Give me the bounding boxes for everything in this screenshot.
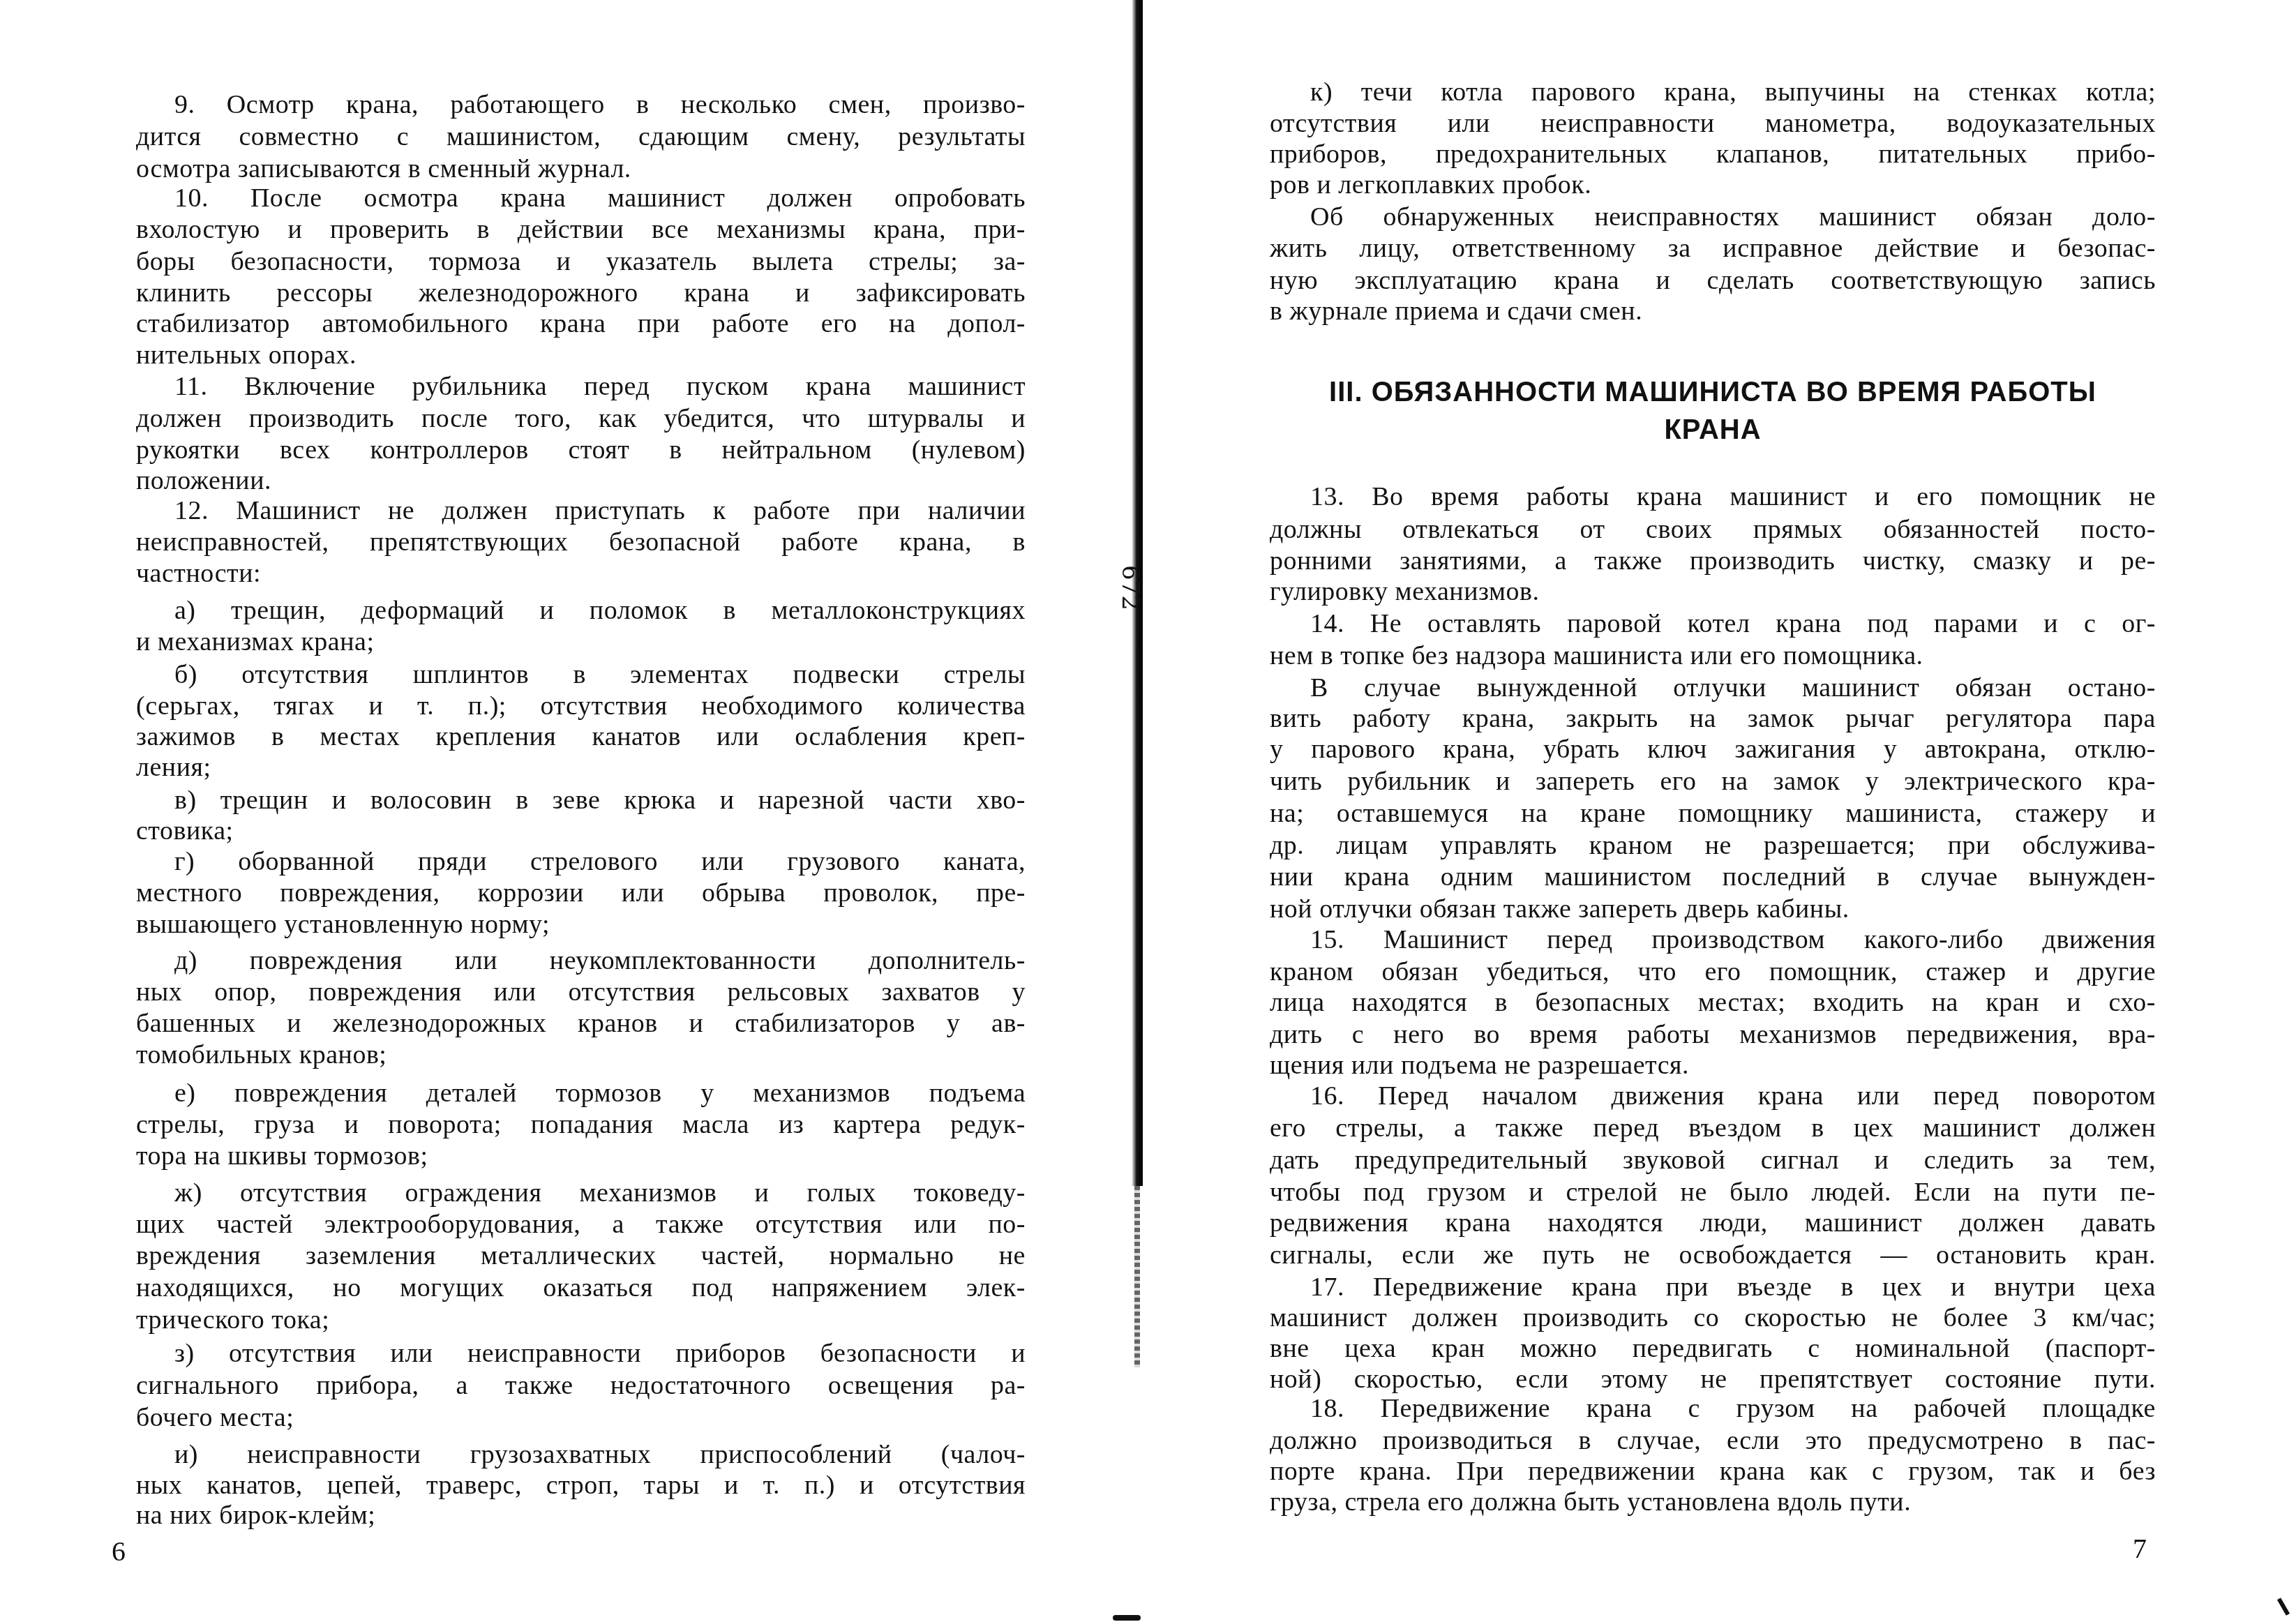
right-text-line: 17. Передвижение крана при въезде в цех … [1310,1272,2156,1302]
section-heading-line-1: III. ОБЯЗАННОСТИ МАШИНИСТА ВО ВРЕМЯ РАБО… [1270,374,2156,410]
left-text-line: должен производить после того, как убеди… [136,403,1026,434]
left-text-line: дится совместно с машинистом, сдающим см… [136,121,1026,152]
left-text-line: е) повреждения деталей тормозов у механи… [174,1078,1026,1109]
right-text-line: лица находятся в безопасных местах; вход… [1270,987,2156,1018]
left-text-line: ных канатов, цепей, траверс, строп, тары… [136,1470,1026,1501]
right-text-line: у парового крана, убрать ключ зажигания … [1270,734,2156,765]
page-number-right: 7 [2133,1532,2147,1565]
section-heading-line-2: КРАНА [1270,412,2156,448]
right-text-line: ной) скоростью, если этому не препятству… [1270,1364,2156,1395]
left-text-line: тора на шкивы тормозов; [136,1141,1026,1171]
right-text-line: к) течи котла парового крана, выпучины н… [1310,77,2156,107]
left-text-line: местного повреждения, коррозии или обрыв… [136,878,1026,908]
left-text-line: стовика; [136,816,1026,846]
left-text-line: рукоятки всех контроллеров стоят в нейтр… [136,435,1026,465]
left-text-line: стабилизатор автомобильного крана при ра… [136,308,1026,339]
left-text-line: щих частей электрооборудования, а также … [136,1209,1026,1240]
left-text-line: г) оборванной пряди стрелового или грузо… [174,846,1026,877]
right-text-line: 14. Не оставлять паровой котел крана под… [1310,608,2156,639]
right-text-line: ной отлучки обязан также запереть дверь … [1270,894,2156,924]
right-text-line: гулировку механизмов. [1270,576,2156,607]
page-number-left: 6 [112,1535,126,1568]
right-text-line: ров и легкоплавких пробок. [1270,170,2156,200]
left-text-line: и) неисправности грузозахватных приспосо… [174,1439,1026,1470]
left-text-line: ж) отсутствия ограждения механизмов и го… [174,1178,1026,1208]
left-text-line: а) трещин, деформаций и поломок в металл… [174,595,1026,626]
left-page: 9. Осмотр крана, работающего в несколько… [0,0,1088,1622]
left-text-line: д) повреждения или неукомплектованности … [174,945,1026,976]
right-text-line: сигналы, если же путь не освобождается —… [1270,1240,2156,1270]
right-text-line: щения или подъема не разрешается. [1270,1050,2156,1081]
left-text-line: зажимов в местах крепления канатов или о… [136,721,1026,752]
left-text-line: находящихся, но могущих оказаться под на… [136,1272,1026,1303]
right-text-line: жить лицу, ответственному за исправное д… [1270,233,2156,264]
left-text-line: (серьгах, тягах и т. п.); отсутствия нео… [136,691,1026,721]
left-text-line: положении. [136,465,1026,496]
left-text-line: 12. Машинист не должен приступать к рабо… [174,495,1026,526]
left-text-line: 11. Включение рубильника перед пуском кр… [174,371,1026,402]
left-text-line: в) трещин и волосовин в зеве крюка и нар… [174,785,1026,816]
right-text-line: 15. Машинист перед производством какого-… [1310,924,2156,955]
left-text-line: вхолостую и проверить в действии все мех… [136,214,1026,245]
right-text-line: вить работу крана, закрыть на замок рыча… [1270,703,2156,734]
right-text-line: 18. Передвижение крана с грузом на рабоч… [1310,1393,2156,1424]
left-text-line: 9. Осмотр крана, работающего в несколько… [174,89,1026,120]
left-text-line: нительных опорах. [136,340,1026,370]
left-text-line: ных опор, повреждения или отсутствия рел… [136,977,1026,1007]
right-text-line: дать предупредительный звуковой сигнал и… [1270,1145,2156,1176]
left-text-line: б) отсутствия шплинтов в элементах подве… [174,659,1026,690]
right-page: III. ОБЯЗАННОСТИ МАШИНИСТА ВО ВРЕМЯ РАБО… [1099,0,2296,1622]
right-text-line: должно производиться в случае, если это … [1270,1425,2156,1456]
left-text-line: клинить рессоры железнодорожного крана и… [136,278,1026,308]
right-text-line: нем в топке без надзора машиниста или ег… [1270,640,2156,671]
left-text-line: трического тока; [136,1305,1026,1335]
left-text-line: з) отсутствия или неисправности приборов… [174,1338,1026,1369]
right-text-line: ную эксплуатацию крана и сделать соответ… [1270,265,2156,296]
right-text-line: ронними занятиями, а также производить ч… [1270,546,2156,576]
right-text-line: дить с него во время работы механизмов п… [1270,1019,2156,1050]
left-text-line: стрелы, груза и поворота; попадания масл… [136,1109,1026,1140]
left-text-line: боры безопасности, тормоза и указатель в… [136,246,1026,277]
left-text-line: вреждения заземления металлических часте… [136,1240,1026,1271]
right-text-line: должны отвлекаться от своих прямых обяза… [1270,514,2156,545]
right-text-line: редвижения крана находятся люди, машинис… [1270,1208,2156,1238]
right-text-line: машинист должен производить со скоростью… [1270,1302,2156,1333]
right-text-line: его стрелы, а также перед въездом в цех … [1270,1113,2156,1143]
left-text-line: неисправностей, препятствующих безопасно… [136,527,1026,557]
right-text-line: в журнале приема и сдачи смен. [1270,296,2156,326]
right-text-line: нии крана одним машинистом последний в с… [1270,862,2156,892]
right-text-line: В случае вынужденной отлучки машинист об… [1310,673,2156,703]
right-text-line: вне цеха кран можно передвигать с номина… [1270,1333,2156,1364]
left-text-line: на них бирок-клейм; [136,1500,1026,1531]
left-text-line: томобильных кранов; [136,1039,1026,1070]
left-text-line: вышающего установленную норму; [136,909,1026,940]
right-text-line: 13. Во время работы крана машинист и его… [1310,481,2156,512]
right-text-line: на; оставшемуся на кране помощнику машин… [1270,798,2156,829]
right-text-line: отсутствия или неисправности манометра, … [1270,108,2156,139]
right-text-line: 16. Перед началом движения крана или пер… [1310,1081,2156,1111]
left-text-line: и механизмах крана; [136,626,1026,657]
right-text-line: краном обязан убедиться, что его помощни… [1270,956,2156,987]
left-text-line: бочего места; [136,1402,1026,1433]
right-text-line: порте крана. При передвижении крана как … [1270,1456,2156,1487]
right-text-line: Об обнаруженных неисправностях машинист … [1310,202,2156,232]
left-text-line: 10. После осмотра крана машинист должен … [174,183,1026,213]
left-text-line: ления; [136,752,1026,783]
right-text-line: груза, стрела его должна быть установлен… [1270,1487,2156,1517]
right-text-line: чтобы под грузом и стрелой не было людей… [1270,1177,2156,1208]
right-text-line: др. лицам управлять краном не разрешаетс… [1270,830,2156,861]
left-text-line: осмотра записываются в сменный журнал. [136,153,1026,184]
right-text-line: приборов, предохранительных клапанов, пи… [1270,139,2156,170]
left-text-line: сигнального прибора, а также недостаточн… [136,1370,1026,1401]
left-text-line: частности: [136,558,1026,589]
right-text-line: чить рубильник и запереть его на замок у… [1270,766,2156,797]
left-text-line: башенных и железнодорожных кранов и стаб… [136,1008,1026,1039]
